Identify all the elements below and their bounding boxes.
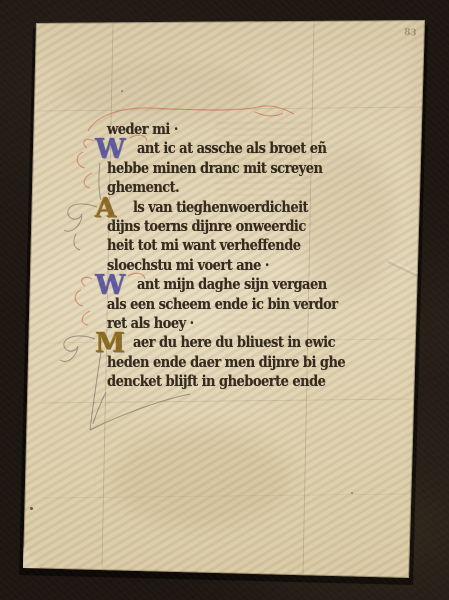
text-line: Want mijn daghe sijn vergaen (107, 276, 348, 296)
line-text: ant mijn daghe sijn vergaen (137, 276, 327, 293)
text-line: dijns toerns dijnre onweerdic (107, 218, 328, 238)
manuscript-photo: weder mi · Want ic at assche als broet e… (0, 0, 449, 600)
line-text: sloechstu mi voert ane · (107, 257, 269, 274)
line-text: hebbe minen dranc mit screyen (107, 160, 322, 177)
line-text: heden ende daer men dijnre bi ghe (107, 354, 345, 371)
text-line: sloechstu mi voert ane · (107, 257, 287, 277)
line-text: heit tot mi want verheffende (107, 237, 301, 254)
illuminated-initial-m: M (95, 330, 125, 357)
text-line: als een scheem ende ic bin verdor (107, 296, 363, 316)
illuminated-initial-w: W (95, 272, 125, 299)
line-text: aer du here du bliuest in ewic (133, 334, 335, 351)
illuminated-initial-w: W (95, 136, 125, 163)
text-line: Als van tieghenwoerdicheit (107, 199, 327, 219)
text-line: Want ic at assche als broet eñ (107, 140, 347, 160)
text-line: dencket blijft in gheboerte ende (107, 373, 350, 393)
line-text: ghemenct. (107, 179, 179, 196)
text-line: hebbe minen dranc mit screyen (107, 160, 346, 180)
text-line: Maer du here du bliuest in ewic (107, 334, 357, 354)
folio-number: 83 (404, 27, 418, 38)
text-line: heden ende daer men dijnre bi ghe (107, 354, 372, 374)
line-text: als een scheem ende ic bin verdor (107, 296, 338, 313)
line-text: dencket blijft in gheboerte ende (107, 373, 325, 390)
text-line: heit tot mi want verheffende (107, 237, 322, 257)
line-text: ls van tieghenwoerdicheit (133, 199, 308, 216)
line-text: dijns toerns dijnre onweerdic (107, 218, 306, 235)
text-line: ghemenct. (107, 179, 187, 199)
text-block: weder mi · Want ic at assche als broet e… (0, 0, 449, 600)
manuscript-leaf: weder mi · Want ic at assche als broet e… (0, 0, 449, 600)
line-text: ant ic at assche als broet eñ (137, 140, 326, 157)
